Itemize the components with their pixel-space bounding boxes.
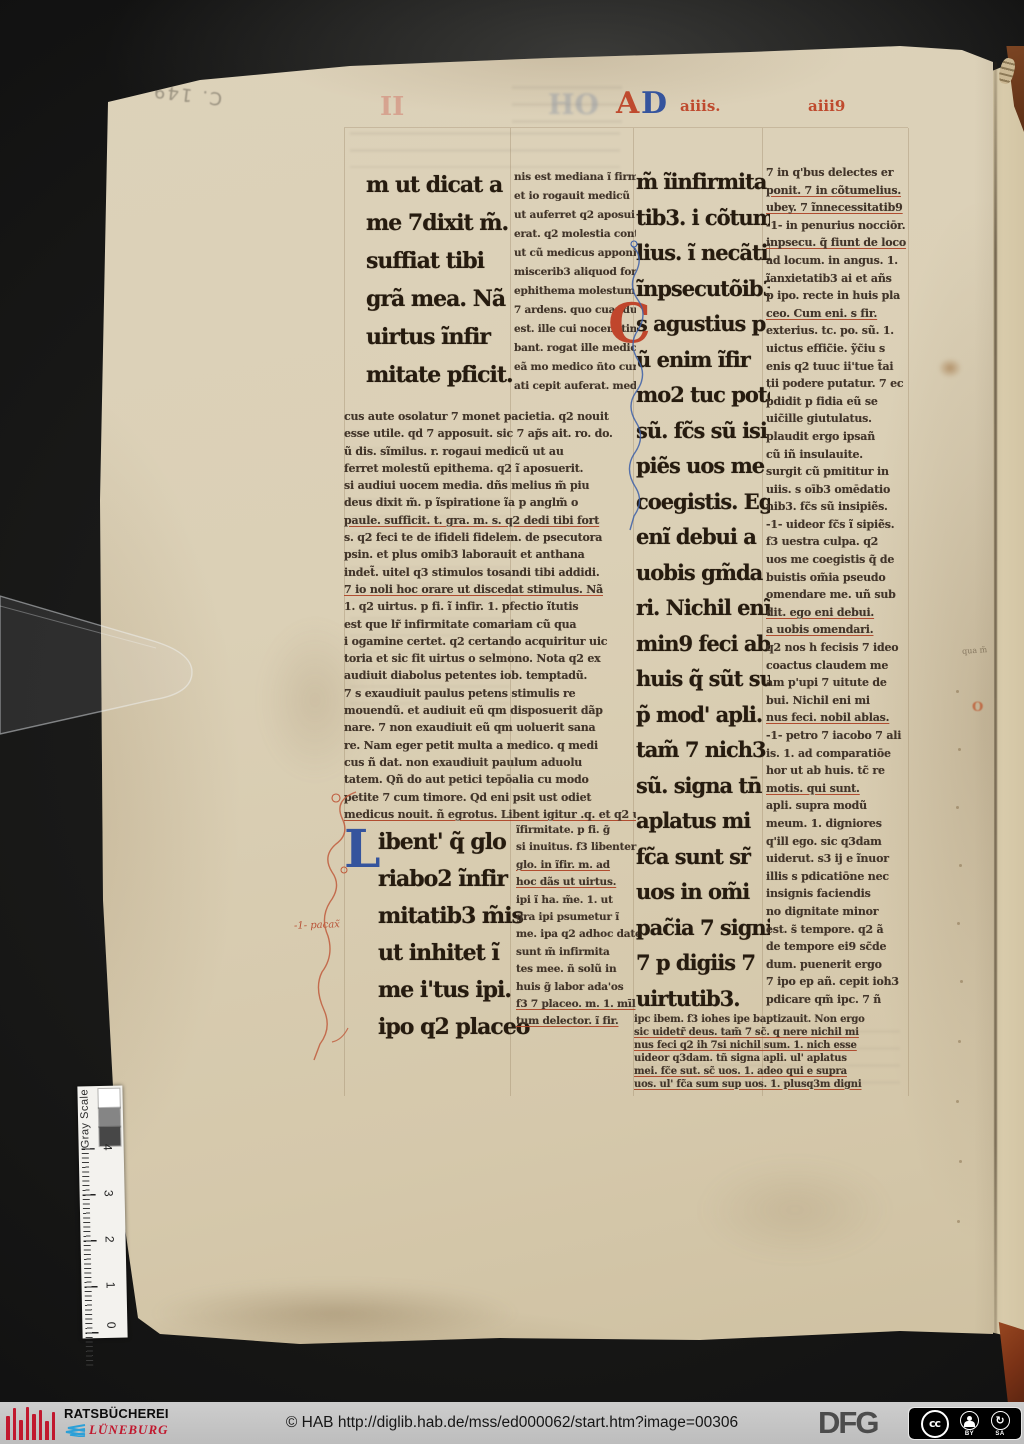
- text-line: ĩanxietatib3 ai et añs: [766, 270, 908, 288]
- text-line: si audiui uocem media. dñs melius m̃ pi…: [344, 477, 636, 494]
- cc-license-badge: cc BY ↻ SA: [909, 1408, 1021, 1439]
- text-line: p̃ mod' apli.: [636, 697, 770, 733]
- text-line: eã mo medico ñto cura: [514, 358, 636, 377]
- pricking-hole: [958, 748, 961, 751]
- stain: [938, 358, 962, 378]
- gutter-margin-note: qua m̃: [962, 645, 988, 656]
- text-line: ferret molestũ epithema. q2 ĩ aposueri…: [344, 460, 636, 477]
- text-line: -1- petro 7 iacobo 7 ali: [766, 727, 908, 745]
- text-line: cũ iñ insulauite.: [766, 446, 908, 464]
- text-line: q2 nos h fecisis 7 ideo: [766, 639, 908, 657]
- cc-sa-arrow-icon: ↻: [991, 1411, 1010, 1430]
- text-line: suffiat tibi: [366, 242, 518, 280]
- copyright-url-text: © HAB http://diglib.hab.de/mss/ed000062/…: [286, 1414, 738, 1432]
- text-line: uos. ul' fc̃a sum sup uos. 1. plusq3m di…: [634, 1079, 910, 1092]
- footer-bar: RATSBÜCHEREI LÜNEBURG © HAB http://digli…: [0, 1402, 1024, 1444]
- ruler-number: 1: [103, 1282, 117, 1296]
- text-line: ut cũ medicus apponit: [514, 244, 636, 263]
- text-line: esse utile. qd 7 apposuit. sic 7 ap̃s ai…: [344, 425, 636, 442]
- text-line: enĩ debui a: [636, 519, 770, 555]
- text-line: uic̃ille giutulatus.: [766, 410, 908, 428]
- running-title-letter-red: A: [616, 86, 639, 121]
- text-line: i ogamine certet. q2 certando acquiritur…: [344, 633, 636, 650]
- text-line: et io rogauit medicũ: [514, 187, 636, 206]
- text-line: me. ipa q2 adhoc date: [516, 926, 638, 943]
- text-line: si inuitus. f3 libenter: [516, 839, 638, 856]
- grayscale-ruler: Gray Scale 4 3 2 1 0: [77, 1086, 127, 1339]
- red-flourish-curl: [332, 794, 340, 802]
- text-line: me i'tus ipi.: [378, 972, 530, 1009]
- pricking-hole: [958, 1040, 961, 1043]
- ruler-number: 3: [102, 1190, 116, 1204]
- text-line: mitate pficit.: [366, 356, 518, 394]
- text-line: est que lr̃ infirmitate comariam cũ qua: [344, 616, 636, 633]
- ruling-line: [344, 127, 908, 128]
- text-line: nare. 7 non exaudiuit eũ qm uoluerit sa…: [344, 719, 636, 736]
- text-line: ipc ibem. f3 iohes ipe baptizauit. Non e…: [634, 1014, 910, 1027]
- pricking-hole: [957, 922, 960, 925]
- red-margin-note: -1- pacax̃: [294, 919, 340, 932]
- manuscript-page: C. 149 II HO A D aiiis. aiii9 m ut dicat…: [0, 0, 1024, 1444]
- text-line: ũ dis. sĩmilus. r. rogaui medicũ ut a…: [344, 443, 636, 460]
- text-line: is. 1. ad comparatiōe: [766, 745, 908, 763]
- text-line: hor ut ab huis. tc̃ re: [766, 762, 908, 780]
- text-line: dum. puenerit ergo: [766, 956, 908, 974]
- text-column-1-large-libenter: ibent' q̃ gloriabo2 ĩnfirmitatib3 m̃isu…: [378, 824, 530, 1046]
- red-flourish-tail: [332, 1028, 348, 1042]
- text-line: a uobis omendari.: [766, 621, 908, 639]
- text-line: mouendũ. et audiuit eũ qm disposuerit …: [344, 702, 636, 719]
- text-column-1-large: m ut dicat ame 7dixit m̃.suffiat tibigra…: [366, 166, 518, 394]
- text-line: 7 ipo ep añ. cepit ioh3: [766, 973, 908, 991]
- text-line: surgit cũ pmititur in: [766, 463, 908, 481]
- text-line: re. Nam eger petit multa a medico. q med…: [344, 737, 636, 754]
- text-line: m̃ ĩinfirmita: [636, 164, 770, 200]
- text-line: ipo q2 placeo: [378, 1009, 530, 1046]
- digitized-manuscript-photo: C. 149 II HO A D aiiis. aiii9 m ut dicat…: [0, 0, 1024, 1444]
- text-line: tum delector. ĩ fir.: [516, 1013, 638, 1030]
- text-line: plaudit ergo ipsañ: [766, 428, 908, 446]
- gray-patch-mid: [99, 1108, 120, 1127]
- text-line: paule. sufficit. t. gra. m. s. q2 dedi t…: [344, 512, 636, 529]
- text-line: uiderut. s3 ij e ĩnuor: [766, 850, 908, 868]
- text-line: buistis om̃ia pseudo: [766, 569, 908, 587]
- text-line: aplatus mi: [636, 803, 770, 839]
- text-line: glo. in ĩfir. m. ad: [516, 857, 638, 874]
- text-line: psin. et plus omib3 laborauit et anthana: [344, 546, 636, 563]
- text-line: ut inhitet ĩ: [378, 935, 530, 972]
- text-line: uos me coegistis q̃ de: [766, 551, 908, 569]
- text-line: bui. Nichil eni mi: [766, 692, 908, 710]
- text-line: audiuit diabolus petentes iob. temptadũ…: [344, 667, 636, 684]
- text-line: inpsecu. q̃ fiunt de loco: [766, 234, 908, 252]
- text-line: q'ill ego. sic q3dam: [766, 833, 908, 851]
- text-column-3-large: m̃ ĩinfirmitatib3. i cõtumelius. ĩ ne…: [636, 164, 770, 1016]
- text-line: sic uidetr̃ deus. tam̃ 7 sc̃. q nere nic…: [634, 1027, 910, 1040]
- text-line: 7 s exaudiuit paulus petens stimulis re: [344, 685, 636, 702]
- text-line: mo2 tuc potẽs: [636, 377, 770, 413]
- text-line: deus dixit m̃. p ĩspiratione ĩa p angl…: [344, 494, 636, 511]
- cc-sa-group: ↻ SA: [991, 1411, 1010, 1437]
- text-line: tib3. i cõtume: [636, 200, 770, 236]
- text-line: miscerib3 aliquod forte: [514, 263, 636, 282]
- dfg-logo: DFG: [818, 1404, 877, 1442]
- text-line: ĩnpsecutõib3.: [636, 271, 770, 307]
- illuminated-initial-L: L: [344, 824, 381, 876]
- book-waves-icon: [64, 1423, 86, 1437]
- bleedthrough-letters: HO: [548, 88, 599, 121]
- text-line: indet̃. uitel q3 stimulos tosandi tibi a…: [344, 564, 636, 581]
- text-line: uideor q3dam. tñ signa apli. ul' aplatu…: [634, 1053, 910, 1066]
- text-line: ati cepit auferat. medi: [514, 377, 636, 396]
- text-line: 7 in q'bus delectes er: [766, 164, 908, 182]
- text-line: petite 7 cum timore. Qd eni psit ust odi…: [344, 789, 636, 806]
- quire-signature-right: aiii9: [808, 97, 845, 115]
- text-line: nib3. fc̃s sũ insipiẽs.: [766, 498, 908, 516]
- ruler-number: 4: [101, 1144, 115, 1158]
- text-line: 1. q2 uirtus. p fi. ĩ infir. 1. pfectio…: [344, 598, 636, 615]
- text-line: tam̃ 7 nich3: [636, 732, 770, 768]
- text-line: medicus nouit. ñ egrotus. Libent igitur…: [344, 806, 636, 823]
- text-line: de tempore ei9 sc̃de: [766, 938, 908, 956]
- text-line: insignis faciendis: [766, 885, 908, 903]
- text-line: -1- in penurius nocciōr.: [766, 217, 908, 235]
- text-column-4-gloss: 7 in q'bus delectes erponit. 7 in cõtum…: [766, 164, 908, 1009]
- text-line: sũ. signa tn̄: [636, 768, 770, 804]
- text-line: ceo. Cum eni. s fir.: [766, 305, 908, 323]
- text-line: nus feci q2 ih̃ 7si nichil sum. 1. nich …: [634, 1040, 910, 1053]
- bleedthrough-patch: [350, 132, 620, 168]
- text-line: est. s̃ tempore. q2 ã: [766, 921, 908, 939]
- pricking-hole: [956, 1100, 959, 1103]
- cc-by-person-icon: [960, 1411, 979, 1430]
- text-line: lius. ĩ necãtib3: [636, 235, 770, 271]
- text-line: exterius. tc. po. sũ. 1.: [766, 322, 908, 340]
- stain: [700, 1160, 890, 1260]
- text-line: uobis gm̃da: [636, 555, 770, 591]
- gutter-crease: [994, 62, 997, 1334]
- grayscale-label: Gray Scale: [78, 1088, 91, 1148]
- text-line: grã mea. Nã: [366, 280, 518, 318]
- text-line: apli. supra modũ: [766, 797, 908, 815]
- text-line: cus aute osolatur 7 monet pacietia. q2 n…: [344, 408, 636, 425]
- wide-gloss-block: cus aute osolatur 7 monet pacietia. q2 n…: [344, 408, 636, 823]
- cc-by-label: BY: [965, 1431, 974, 1437]
- text-line: ad locum. in angus. 1.: [766, 252, 908, 270]
- cc-by-group: BY: [960, 1411, 979, 1437]
- text-line: motis. qui sunt.: [766, 780, 908, 798]
- ruler-number: 0: [104, 1322, 118, 1336]
- pricking-hole: [957, 1220, 960, 1223]
- pricking-hole: [959, 1160, 962, 1163]
- text-line: f3 uestra culpa. q2: [766, 533, 908, 551]
- text-line: tii podere putatur. 7 ec: [766, 375, 908, 393]
- text-line: ponit. 7 in cõtumelius.: [766, 182, 908, 200]
- text-line: omendare me. uñ sub: [766, 586, 908, 604]
- text-line: uos in om̃i: [636, 874, 770, 910]
- text-line: tes mee. ñ solũ in: [516, 961, 638, 978]
- text-line: ipi ĩ ha. m̃e. 1. ut: [516, 892, 638, 909]
- text-line: mitatib3 m̃is: [378, 898, 530, 935]
- cc-icon: cc: [921, 1410, 949, 1438]
- text-line: illis s pdicatiōne nec: [766, 868, 908, 886]
- text-line: huis g̃ labor ada'os: [516, 979, 638, 996]
- text-line: huis q̃ sũt su: [636, 661, 770, 697]
- text-line: fc̃a sunt sr̃: [636, 839, 770, 875]
- text-line: uirtutib3.: [636, 981, 770, 1017]
- text-line: dit. ego eni debui.: [766, 604, 908, 622]
- pricking-hole: [956, 690, 959, 693]
- text-line: sunt m̃ infirmita: [516, 944, 638, 961]
- text-line: m ut dicat a: [366, 166, 518, 204]
- text-line: cus ñ dat. non exaudiuit paulum aduolu: [344, 754, 636, 771]
- text-line: meum. 1. digniores: [766, 815, 908, 833]
- text-column-2-gloss-lower: ĩfirmitate. p fi. g̃si inuitus. f3 libe…: [516, 822, 638, 1031]
- faint-numeral: II: [380, 92, 404, 122]
- text-line: pdidit p fidia eũ se: [766, 393, 908, 411]
- text-line: uictus effic̃ie. ỹc̃iu s: [766, 340, 908, 358]
- text-line: ut auferret q2 aposui: [514, 206, 636, 225]
- text-line: enis q2 tuuc ii'tue t̃ai: [766, 358, 908, 376]
- text-line: am p'upi 7 uitute de: [766, 674, 908, 692]
- text-line: 7 p digiis 7: [636, 945, 770, 981]
- quire-signature-left: aiiis.: [680, 97, 720, 115]
- running-title-letter-blue: D: [641, 86, 667, 121]
- ruling-line: [908, 128, 909, 1096]
- text-line: uiis. s oīb3 omēdatio: [766, 481, 908, 499]
- text-line: p ipo. recte in huis pla: [766, 287, 908, 305]
- stain: [150, 1282, 520, 1344]
- cc-sa-label: SA: [995, 1431, 1004, 1437]
- text-column-2-gloss: nis est mediana ĩ firmo.et io rogauit m…: [514, 168, 636, 396]
- text-line: hoc dãs ut uirtus.: [516, 874, 638, 891]
- text-line: sũ. fc̃s sũ isi: [636, 413, 770, 449]
- institution-name: RATSBÜCHEREI: [64, 1406, 169, 1421]
- text-line: riabo2 ĩnfir: [378, 861, 530, 898]
- gutter-red-initial: O: [972, 700, 983, 715]
- text-line: tatem. Qñ do aut petici tepōalia cu mo…: [344, 771, 636, 788]
- text-line: ibent' q̃ glo: [378, 824, 530, 861]
- pricking-hole: [960, 980, 963, 983]
- text-line: pdicare qm̃ ipc. 7 ñ: [766, 991, 908, 1009]
- ruler-major-ticks: [82, 1148, 100, 1366]
- text-line: 7 io noli hoc orare ut discedat stimulus…: [344, 581, 636, 598]
- text-line: nus feci. nobil ablas.: [766, 709, 908, 727]
- text-line: pac̃ia 7 signis: [636, 910, 770, 946]
- text-line: nis est mediana ĩ firmo.: [514, 168, 636, 187]
- gray-patch-white: [98, 1089, 119, 1108]
- text-line: erat. q2 molestia cont.: [514, 225, 636, 244]
- text-line: min9 feci ab: [636, 626, 770, 662]
- text-line: me 7dixit m̃.: [366, 204, 518, 242]
- ratsbuecherei-bars-icon: [6, 1406, 60, 1440]
- text-line: ĩfirmitate. p fi. g̃: [516, 822, 638, 839]
- text-line: f3 7 placeo. m. 1. mīl: [516, 996, 638, 1013]
- pricking-hole: [956, 806, 959, 809]
- text-line: toria et sic fit uirtus o selmono. Nota …: [344, 650, 636, 667]
- text-line: coactus claudem me: [766, 657, 908, 675]
- text-line: ubey. 7 ĩnnecessitatib9: [766, 199, 908, 217]
- text-line: no dignitate minor: [766, 903, 908, 921]
- text-line: ri. Nichil enĩ: [636, 590, 770, 626]
- institution-logo: RATSBÜCHEREI LÜNEBURG: [64, 1406, 169, 1438]
- text-line: -1- uideor fc̃s ĩ sipiẽs.: [766, 516, 908, 534]
- text-line: mei. fc̃e sut. sc̃ uos. 1. adeo qui e su…: [634, 1066, 910, 1079]
- text-line: g̃ra ipi psumetur ĩ: [516, 909, 638, 926]
- text-line: s. q2 feci te de ifideli fidelem. de pse…: [344, 529, 636, 546]
- ruler-number: 2: [103, 1236, 117, 1250]
- institution-city: LÜNEBURG: [89, 1422, 169, 1438]
- text-line: s agustius p s̃.: [636, 306, 770, 342]
- text-line: coegistis. Ego: [636, 484, 770, 520]
- text-line: piẽs uos me: [636, 448, 770, 484]
- bottom-gloss-block: ipc ibem. f3 iohes ipe baptizauit. Non e…: [634, 1014, 910, 1091]
- text-line: ũ enim ĩfir: [636, 342, 770, 378]
- text-line: uirtus ĩnfir: [366, 318, 518, 356]
- pricking-hole: [959, 864, 962, 867]
